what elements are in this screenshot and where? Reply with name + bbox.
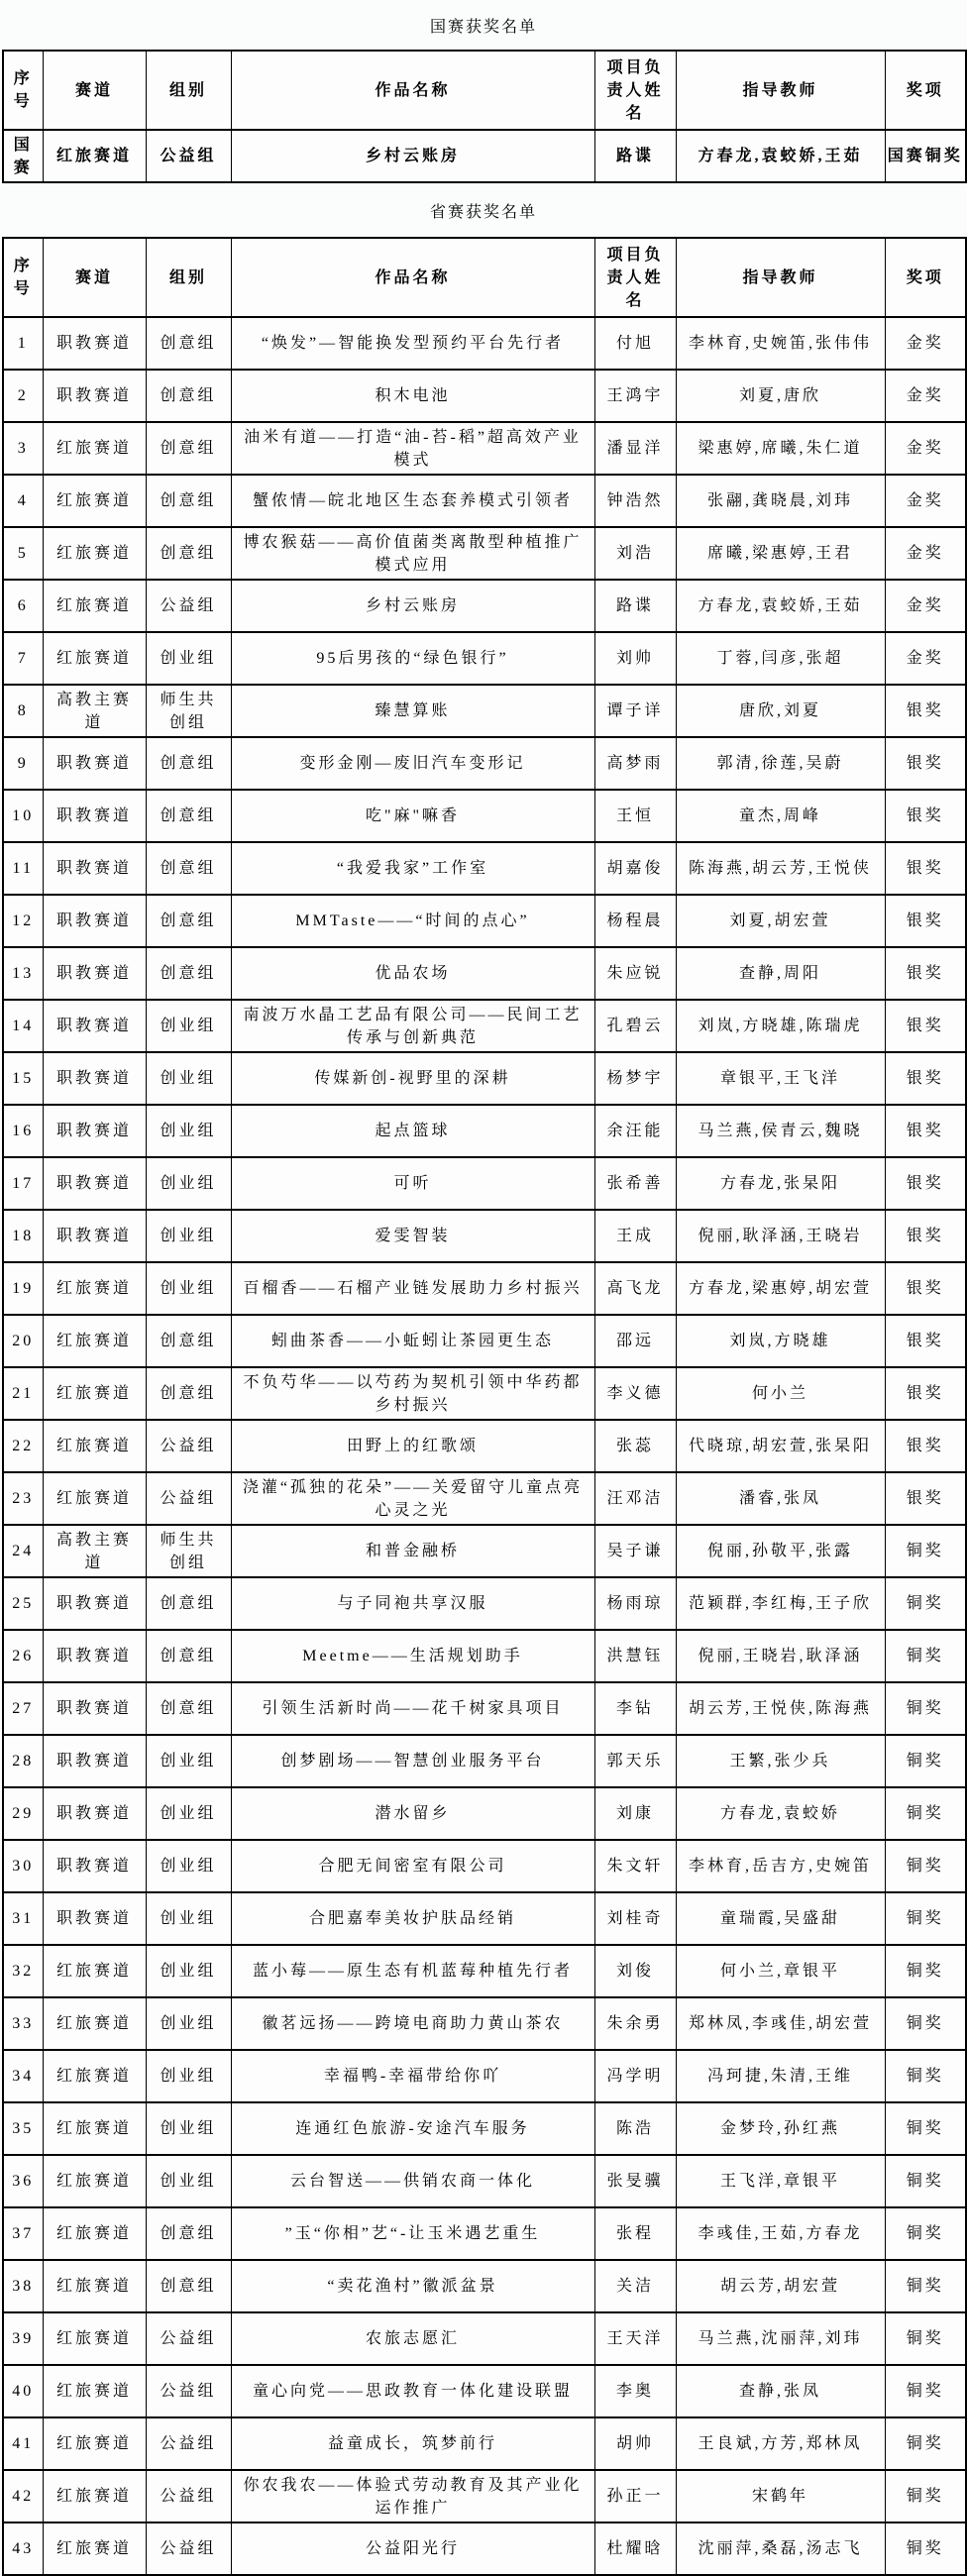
cell-award: 银奖 — [885, 1000, 966, 1052]
cell-track: 职教赛道 — [43, 1682, 146, 1735]
cell-work-title: 徽茗远扬——跨境电商助力黄山茶农 — [231, 1997, 594, 2050]
cell-index: 7 — [3, 632, 43, 685]
table-row: 39 红旅赛道 公益组 农旅志愿汇 王天洋 马兰燕,沈丽萍,刘玮 铜奖 — [3, 2312, 966, 2365]
cell-award: 银奖 — [885, 685, 966, 737]
table-row: 27 职教赛道 创意组 引领生活新时尚——花千树家具项目 李钻 胡云芳,王悦侠,… — [3, 1682, 966, 1735]
cell-index: 42 — [3, 2470, 43, 2522]
cell-advisors: 方春龙,张杲阳 — [676, 1157, 885, 1210]
table-row: 1 职教赛道 创意组 “焕发”—智能换发型预约平台先行者 付旭 李林育,史婉笛,… — [3, 317, 966, 370]
cell-award: 铜奖 — [885, 1525, 966, 1577]
cell-leader: 关洁 — [594, 2260, 676, 2312]
cell-leader: 汪邓洁 — [594, 1472, 676, 1525]
cell-leader: 王恒 — [594, 790, 676, 842]
table-row: 40 红旅赛道 公益组 童心向党——思政教育一体化建设联盟 李奥 查静,张凤 铜… — [3, 2365, 966, 2417]
cell-advisors: 方春龙,袁蛟娇,王茹 — [676, 130, 885, 182]
cell-leader: 邵远 — [594, 1315, 676, 1367]
cell-group: 创意组 — [146, 1682, 231, 1735]
cell-track: 红旅赛道 — [43, 2312, 146, 2365]
cell-track: 红旅赛道 — [43, 2155, 146, 2207]
cell-track: 红旅赛道 — [43, 1315, 146, 1367]
cell-work-title: Meetme——生活规划助手 — [231, 1630, 594, 1682]
cell-leader: 胡帅 — [594, 2417, 676, 2470]
cell-leader: 孙正一 — [594, 2470, 676, 2522]
cell-group: 创业组 — [146, 1945, 231, 1997]
cell-group: 创业组 — [146, 1840, 231, 1892]
provincial-table-body: 1 职教赛道 创意组 “焕发”—智能换发型预约平台先行者 付旭 李林育,史婉笛,… — [3, 317, 966, 2575]
cell-group: 创意组 — [146, 1577, 231, 1630]
cell-advisors: 刘岚,方晓雄 — [676, 1315, 885, 1367]
national-table-header: 序号 赛道 组别 作品名称 项目负责人姓名 指导教师 奖项 — [3, 51, 966, 130]
cell-award: 铜奖 — [885, 1840, 966, 1892]
cell-index: 33 — [3, 1997, 43, 2050]
cell-award: 铜奖 — [885, 1577, 966, 1630]
cell-work-title: 与子同袍共享汉服 — [231, 1577, 594, 1630]
cell-advisors: 宋鹤年 — [676, 2470, 885, 2522]
table-row: 32 红旅赛道 创业组 蓝小莓——原生态有机蓝莓种植先行者 刘俊 何小兰,章银平… — [3, 1945, 966, 1997]
cell-group: 创意组 — [146, 317, 231, 370]
col-header-award: 奖项 — [885, 238, 966, 317]
cell-leader: 李奥 — [594, 2365, 676, 2417]
cell-leader: 路谍 — [594, 130, 676, 182]
cell-leader: 冯学明 — [594, 2050, 676, 2102]
cell-advisors: 范颖群,李红梅,王子欣 — [676, 1577, 885, 1630]
cell-award: 银奖 — [885, 1315, 966, 1367]
cell-group: 创意组 — [146, 475, 231, 527]
col-header-leader: 项目负责人姓名 — [594, 51, 676, 130]
cell-advisors: 方春龙,梁惠婷,胡宏萱 — [676, 1262, 885, 1315]
cell-track: 职教赛道 — [43, 842, 146, 895]
cell-leader: 胡嘉俊 — [594, 842, 676, 895]
cell-group: 师生共创组 — [146, 685, 231, 737]
cell-index: 35 — [3, 2102, 43, 2155]
cell-leader: 王天洋 — [594, 2312, 676, 2365]
cell-leader: 谭子详 — [594, 685, 676, 737]
cell-track: 职教赛道 — [43, 317, 146, 370]
cell-group: 公益组 — [146, 1472, 231, 1525]
cell-track: 职教赛道 — [43, 895, 146, 947]
cell-award: 金奖 — [885, 580, 966, 632]
cell-group: 创意组 — [146, 947, 231, 1000]
cell-advisors: 童杰,周峰 — [676, 790, 885, 842]
cell-index: 10 — [3, 790, 43, 842]
cell-leader: 路谍 — [594, 580, 676, 632]
table-row: 21 红旅赛道 创意组 不负芍华——以芍药为契机引领中华药都乡村振兴 李义德 何… — [3, 1367, 966, 1420]
cell-award: 铜奖 — [885, 1630, 966, 1682]
table-row: 20 红旅赛道 创意组 蚓曲茶香——小蚯蚓让茶园更生态 邵远 刘岚,方晓雄 银奖 — [3, 1315, 966, 1367]
cell-award: 金奖 — [885, 317, 966, 370]
cell-index: 28 — [3, 1735, 43, 1787]
cell-work-title: 引领生活新时尚——花千树家具项目 — [231, 1682, 594, 1735]
cell-track: 红旅赛道 — [43, 1997, 146, 2050]
cell-index: 20 — [3, 1315, 43, 1367]
table-row: 12 职教赛道 创意组 MMTaste——“时间的点心” 杨程晨 刘夏,胡宏萱 … — [3, 895, 966, 947]
cell-advisors: 沈丽萍,桑磊,汤志飞 — [676, 2522, 885, 2575]
table-row: 29 职教赛道 创业组 潜水留乡 刘康 方春龙,袁蛟娇 铜奖 — [3, 1787, 966, 1840]
cell-index: 25 — [3, 1577, 43, 1630]
cell-leader: 张旻骥 — [594, 2155, 676, 2207]
cell-award: 铜奖 — [885, 2207, 966, 2260]
cell-award: 铜奖 — [885, 2470, 966, 2522]
table-row: 8 高教主赛道 师生共创组 臻慧算账 谭子详 唐欣,刘夏 银奖 — [3, 685, 966, 737]
cell-index: 39 — [3, 2312, 43, 2365]
cell-work-title: 童心向党——思政教育一体化建设联盟 — [231, 2365, 594, 2417]
table-row: 7 红旅赛道 创业组 95后男孩的“绿色银行” 刘帅 丁蓉,闫彦,张超 金奖 — [3, 632, 966, 685]
cell-work-title: 起点篮球 — [231, 1105, 594, 1157]
cell-track: 红旅赛道 — [43, 2522, 146, 2575]
cell-leader: 张蕊 — [594, 1420, 676, 1472]
cell-group: 创意组 — [146, 737, 231, 790]
cell-award: 铜奖 — [885, 2522, 966, 2575]
cell-work-title: 合肥无间密室有限公司 — [231, 1840, 594, 1892]
cell-index: 18 — [3, 1210, 43, 1262]
table-row: 国赛 红旅赛道 公益组 乡村云账房 路谍 方春龙,袁蛟娇,王茹 国赛铜奖 — [3, 130, 966, 182]
cell-group: 创意组 — [146, 370, 231, 422]
cell-work-title: 乡村云账房 — [231, 580, 594, 632]
cell-advisors: 倪丽,耿泽涵,王晓岩 — [676, 1210, 885, 1262]
cell-work-title: 云台智送——供销农商一体化 — [231, 2155, 594, 2207]
cell-index: 23 — [3, 1472, 43, 1525]
cell-leader: 王鸿宇 — [594, 370, 676, 422]
cell-index: 40 — [3, 2365, 43, 2417]
cell-work-title: “我爱我家”工作室 — [231, 842, 594, 895]
cell-award: 金奖 — [885, 370, 966, 422]
cell-group: 创业组 — [146, 1210, 231, 1262]
table-row: 3 红旅赛道 创意组 油米有道——打造“油-苔-稻”超高效产业模式 潘显洋 梁惠… — [3, 422, 966, 475]
cell-index: 13 — [3, 947, 43, 1000]
cell-work-title: 创梦剧场——智慧创业服务平台 — [231, 1735, 594, 1787]
table-row: 31 职教赛道 创业组 合肥嘉奉美妆护肤品经销 刘桂奇 童瑞霞,吴盛甜 铜奖 — [3, 1892, 966, 1945]
cell-advisors: 何小兰 — [676, 1367, 885, 1420]
cell-work-title: 潜水留乡 — [231, 1787, 594, 1840]
cell-track: 红旅赛道 — [43, 527, 146, 580]
cell-award: 银奖 — [885, 947, 966, 1000]
cell-work-title: 合肥嘉奉美妆护肤品经销 — [231, 1892, 594, 1945]
col-header-work: 作品名称 — [231, 238, 594, 317]
cell-leader: 杜耀晗 — [594, 2522, 676, 2575]
cell-index: 24 — [3, 1525, 43, 1577]
cell-track: 职教赛道 — [43, 1105, 146, 1157]
cell-award: 铜奖 — [885, 2365, 966, 2417]
cell-index: 27 — [3, 1682, 43, 1735]
cell-award: 铜奖 — [885, 1892, 966, 1945]
cell-advisors: 刘岚,方晓雄,陈瑞虎 — [676, 1000, 885, 1052]
table-row: 11 职教赛道 创意组 “我爱我家”工作室 胡嘉俊 陈海燕,胡云芳,王悦侠 银奖 — [3, 842, 966, 895]
cell-award: 银奖 — [885, 1420, 966, 1472]
cell-award: 银奖 — [885, 1472, 966, 1525]
cell-work-title: 吃"麻"嘛香 — [231, 790, 594, 842]
cell-group: 创意组 — [146, 1315, 231, 1367]
cell-work-title: 百榴香——石榴产业链发展助力乡村振兴 — [231, 1262, 594, 1315]
cell-work-title: 南波万水晶工艺品有限公司——民间工艺传承与创新典范 — [231, 1000, 594, 1052]
cell-work-title: 益童成长，筑梦前行 — [231, 2417, 594, 2470]
cell-advisors: 何小兰,章银平 — [676, 1945, 885, 1997]
cell-advisors: 马兰燕,沈丽萍,刘玮 — [676, 2312, 885, 2365]
cell-index: 5 — [3, 527, 43, 580]
col-header-index: 序号 — [3, 51, 43, 130]
table-row: 9 职教赛道 创意组 变形金刚—废旧汽车变形记 高梦雨 郭清,徐莲,吴蔚 银奖 — [3, 737, 966, 790]
cell-group: 创业组 — [146, 1892, 231, 1945]
table-row: 26 职教赛道 创意组 Meetme——生活规划助手 洪慧钰 倪丽,王晓岩,耿泽… — [3, 1630, 966, 1682]
cell-award: 铜奖 — [885, 1735, 966, 1787]
cell-track: 职教赛道 — [43, 1630, 146, 1682]
cell-work-title: “焕发”—智能换发型预约平台先行者 — [231, 317, 594, 370]
cell-group: 创意组 — [146, 842, 231, 895]
cell-leader: 高梦雨 — [594, 737, 676, 790]
cell-track: 职教赛道 — [43, 1052, 146, 1105]
col-header-advisors: 指导教师 — [676, 238, 885, 317]
cell-work-title: 臻慧算账 — [231, 685, 594, 737]
cell-index: 43 — [3, 2522, 43, 2575]
cell-group: 创业组 — [146, 1787, 231, 1840]
cell-index: 8 — [3, 685, 43, 737]
col-header-advisors: 指导教师 — [676, 51, 885, 130]
col-header-award: 奖项 — [885, 51, 966, 130]
table-row: 18 职教赛道 创业组 爱雯智装 王成 倪丽,耿泽涵,王晓岩 银奖 — [3, 1210, 966, 1262]
cell-group: 创意组 — [146, 1630, 231, 1682]
cell-leader: 刘康 — [594, 1787, 676, 1840]
cell-award: 银奖 — [885, 842, 966, 895]
cell-leader: 张希善 — [594, 1157, 676, 1210]
cell-award: 铜奖 — [885, 1997, 966, 2050]
cell-leader: 郭天乐 — [594, 1735, 676, 1787]
cell-leader: 李钻 — [594, 1682, 676, 1735]
cell-index: 国赛 — [3, 130, 43, 182]
cell-index: 3 — [3, 422, 43, 475]
cell-work-title: 和普金融桥 — [231, 1525, 594, 1577]
cell-advisors: 潘睿,张凤 — [676, 1472, 885, 1525]
cell-leader: 洪慧钰 — [594, 1630, 676, 1682]
cell-leader: 王成 — [594, 1210, 676, 1262]
cell-award: 银奖 — [885, 1262, 966, 1315]
cell-group: 师生共创组 — [146, 1525, 231, 1577]
cell-award: 铜奖 — [885, 2155, 966, 2207]
cell-leader: 朱余勇 — [594, 1997, 676, 2050]
cell-work-title: “卖花渔村”徽派盆景 — [231, 2260, 594, 2312]
cell-work-title: 连通红色旅游-安途汽车服务 — [231, 2102, 594, 2155]
cell-group: 创业组 — [146, 1735, 231, 1787]
cell-work-title: 传媒新创-视野里的深耕 — [231, 1052, 594, 1105]
cell-group: 公益组 — [146, 2522, 231, 2575]
cell-leader: 钟浩然 — [594, 475, 676, 527]
cell-advisors: 冯珂捷,朱清,王维 — [676, 2050, 885, 2102]
table-row: 13 职教赛道 创意组 优品农场 朱应锐 查静,周阳 银奖 — [3, 947, 966, 1000]
cell-award: 银奖 — [885, 1105, 966, 1157]
cell-index: 30 — [3, 1840, 43, 1892]
cell-track: 职教赛道 — [43, 1000, 146, 1052]
table-row: 41 红旅赛道 公益组 益童成长，筑梦前行 胡帅 王良斌,方芳,郑林凤 铜奖 — [3, 2417, 966, 2470]
cell-leader: 朱文轩 — [594, 1840, 676, 1892]
cell-advisors: 童瑞霞,吴盛甜 — [676, 1892, 885, 1945]
table-row: 22 红旅赛道 公益组 田野上的红歌颂 张蕊 代晓琼,胡宏萱,张杲阳 银奖 — [3, 1420, 966, 1472]
cell-leader: 杨雨琼 — [594, 1577, 676, 1630]
cell-track: 红旅赛道 — [43, 1945, 146, 1997]
cell-award: 银奖 — [885, 1052, 966, 1105]
cell-group: 公益组 — [146, 2470, 231, 2522]
cell-leader: 孔碧云 — [594, 1000, 676, 1052]
cell-group: 创业组 — [146, 1105, 231, 1157]
cell-award: 铜奖 — [885, 2417, 966, 2470]
cell-index: 9 — [3, 737, 43, 790]
cell-leader: 张程 — [594, 2207, 676, 2260]
cell-leader: 刘俊 — [594, 1945, 676, 1997]
table-row: 34 红旅赛道 创业组 幸福鸭-幸福带给你吖 冯学明 冯珂捷,朱清,王维 铜奖 — [3, 2050, 966, 2102]
cell-advisors: 查静,周阳 — [676, 947, 885, 1000]
cell-group: 公益组 — [146, 1420, 231, 1472]
cell-track: 职教赛道 — [43, 947, 146, 1000]
cell-group: 创业组 — [146, 1052, 231, 1105]
cell-work-title: MMTaste——“时间的点心” — [231, 895, 594, 947]
cell-track: 职教赛道 — [43, 790, 146, 842]
cell-work-title: 浇灌“孤独的花朵”——关爱留守儿童点亮心灵之光 — [231, 1472, 594, 1525]
cell-track: 职教赛道 — [43, 1210, 146, 1262]
cell-group: 创业组 — [146, 1262, 231, 1315]
cell-advisors: 章银平,王飞洋 — [676, 1052, 885, 1105]
cell-group: 创意组 — [146, 2260, 231, 2312]
cell-award: 金奖 — [885, 527, 966, 580]
cell-advisors: 李林育,史婉笛,张伟伟 — [676, 317, 885, 370]
table-row: 42 红旅赛道 公益组 你农我农——体验式劳动教育及其产业化运作推广 孙正一 宋… — [3, 2470, 966, 2522]
cell-leader: 余汪能 — [594, 1105, 676, 1157]
cell-group: 创业组 — [146, 2155, 231, 2207]
table-row: 4 红旅赛道 创意组 蟹侬情—皖北地区生态套养模式引领者 钟浩然 张翮,龚晓晨,… — [3, 475, 966, 527]
cell-index: 21 — [3, 1367, 43, 1420]
cell-leader: 刘桂奇 — [594, 1892, 676, 1945]
cell-track: 红旅赛道 — [43, 2207, 146, 2260]
cell-award: 银奖 — [885, 1210, 966, 1262]
cell-track: 红旅赛道 — [43, 632, 146, 685]
cell-track: 红旅赛道 — [43, 2417, 146, 2470]
cell-advisors: 李彧佳,王茹,方春龙 — [676, 2207, 885, 2260]
cell-advisors: 陈海燕,胡云芳,王悦侠 — [676, 842, 885, 895]
cell-index: 11 — [3, 842, 43, 895]
cell-index: 32 — [3, 1945, 43, 1997]
cell-leader: 吴子谦 — [594, 1525, 676, 1577]
header-row: 序号 赛道 组别 作品名称 项目负责人姓名 指导教师 奖项 — [3, 238, 966, 317]
cell-work-title: 蓝小莓——原生态有机蓝莓种植先行者 — [231, 1945, 594, 1997]
cell-index: 4 — [3, 475, 43, 527]
cell-group: 创意组 — [146, 2207, 231, 2260]
cell-award: 铜奖 — [885, 1682, 966, 1735]
table-row: 10 职教赛道 创意组 吃"麻"嘛香 王恒 童杰,周峰 银奖 — [3, 790, 966, 842]
cell-index: 12 — [3, 895, 43, 947]
cell-work-title: 不负芍华——以芍药为契机引领中华药都乡村振兴 — [231, 1367, 594, 1420]
cell-advisors: 方春龙,袁蛟娇,王茹 — [676, 580, 885, 632]
table-row: 36 红旅赛道 创业组 云台智送——供销农商一体化 张旻骥 王飞洋,章银平 铜奖 — [3, 2155, 966, 2207]
cell-track: 职教赛道 — [43, 1787, 146, 1840]
cell-work-title: 蚓曲茶香——小蚯蚓让茶园更生态 — [231, 1315, 594, 1367]
provincial-table-header: 序号 赛道 组别 作品名称 项目负责人姓名 指导教师 奖项 — [3, 238, 966, 317]
table-row: 16 职教赛道 创业组 起点篮球 余汪能 马兰燕,侯青云,魏晓 银奖 — [3, 1105, 966, 1157]
cell-award: 铜奖 — [885, 2312, 966, 2365]
cell-advisors: 张翮,龚晓晨,刘玮 — [676, 475, 885, 527]
cell-advisors: 胡云芳,王悦侠,陈海燕 — [676, 1682, 885, 1735]
cell-track: 红旅赛道 — [43, 2050, 146, 2102]
cell-group: 公益组 — [146, 2365, 231, 2417]
cell-leader: 朱应锐 — [594, 947, 676, 1000]
cell-award: 国赛铜奖 — [885, 130, 966, 182]
cell-group: 创业组 — [146, 1157, 231, 1210]
table-row: 43 红旅赛道 公益组 公益阳光行 杜耀晗 沈丽萍,桑磊,汤志飞 铜奖 — [3, 2522, 966, 2575]
col-header-group: 组别 — [146, 238, 231, 317]
cell-advisors: 倪丽,孙敬平,张露 — [676, 1525, 885, 1577]
cell-track: 红旅赛道 — [43, 1367, 146, 1420]
col-header-track: 赛道 — [43, 51, 146, 130]
cell-index: 34 — [3, 2050, 43, 2102]
cell-index: 17 — [3, 1157, 43, 1210]
cell-award: 金奖 — [885, 422, 966, 475]
provincial-awards-table: 序号 赛道 组别 作品名称 项目负责人姓名 指导教师 奖项 1 职教赛道 创意组… — [2, 237, 967, 2576]
cell-index: 26 — [3, 1630, 43, 1682]
cell-track: 红旅赛道 — [43, 2365, 146, 2417]
cell-advisors: 郭清,徐莲,吴蔚 — [676, 737, 885, 790]
cell-track: 红旅赛道 — [43, 2470, 146, 2522]
cell-work-title: 爱雯智装 — [231, 1210, 594, 1262]
table-row: 38 红旅赛道 创意组 “卖花渔村”徽派盆景 关洁 胡云芳,胡宏萱 铜奖 — [3, 2260, 966, 2312]
table-row: 35 红旅赛道 创业组 连通红色旅游-安途汽车服务 陈浩 金梦玲,孙红燕 铜奖 — [3, 2102, 966, 2155]
cell-award: 金奖 — [885, 475, 966, 527]
cell-work-title: 博农猴菇——高价值菌类离散型种植推广模式应用 — [231, 527, 594, 580]
cell-leader: 李义德 — [594, 1367, 676, 1420]
cell-leader: 刘浩 — [594, 527, 676, 580]
cell-track: 红旅赛道 — [43, 1472, 146, 1525]
col-header-work: 作品名称 — [231, 51, 594, 130]
cell-advisors: 王飞洋,章银平 — [676, 2155, 885, 2207]
national-awards-table: 序号 赛道 组别 作品名称 项目负责人姓名 指导教师 奖项 国赛 红旅赛道 公益… — [2, 50, 967, 183]
cell-leader: 刘帅 — [594, 632, 676, 685]
col-header-index: 序号 — [3, 238, 43, 317]
cell-track: 职教赛道 — [43, 1840, 146, 1892]
table-row: 24 高教主赛道 师生共创组 和普金融桥 吴子谦 倪丽,孙敬平,张露 铜奖 — [3, 1525, 966, 1577]
cell-index: 6 — [3, 580, 43, 632]
cell-group: 创业组 — [146, 2050, 231, 2102]
cell-award: 银奖 — [885, 1367, 966, 1420]
cell-work-title: 田野上的红歌颂 — [231, 1420, 594, 1472]
cell-index: 14 — [3, 1000, 43, 1052]
cell-work-title: 公益阳光行 — [231, 2522, 594, 2575]
cell-index: 19 — [3, 1262, 43, 1315]
cell-index: 15 — [3, 1052, 43, 1105]
cell-group: 公益组 — [146, 580, 231, 632]
cell-group: 创意组 — [146, 895, 231, 947]
cell-advisors: 王繁,张少兵 — [676, 1735, 885, 1787]
table-row: 5 红旅赛道 创意组 博农猴菇——高价值菌类离散型种植推广模式应用 刘浩 席曦,… — [3, 527, 966, 580]
cell-index: 16 — [3, 1105, 43, 1157]
cell-track: 红旅赛道 — [43, 422, 146, 475]
cell-track: 高教主赛道 — [43, 685, 146, 737]
table-row: 14 职教赛道 创业组 南波万水晶工艺品有限公司——民间工艺传承与创新典范 孔碧… — [3, 1000, 966, 1052]
cell-advisors: 马兰燕,侯青云,魏晓 — [676, 1105, 885, 1157]
cell-group: 公益组 — [146, 2312, 231, 2365]
cell-track: 职教赛道 — [43, 737, 146, 790]
national-list-title: 国赛获奖名单 — [0, 0, 967, 50]
header-row: 序号 赛道 组别 作品名称 项目负责人姓名 指导教师 奖项 — [3, 51, 966, 130]
table-row: 19 红旅赛道 创业组 百榴香——石榴产业链发展助力乡村振兴 高飞龙 方春龙,梁… — [3, 1262, 966, 1315]
cell-advisors: 方春龙,袁蛟娇 — [676, 1787, 885, 1840]
cell-work-title: 积木电池 — [231, 370, 594, 422]
cell-group: 创意组 — [146, 422, 231, 475]
cell-index: 2 — [3, 370, 43, 422]
cell-advisors: 唐欣,刘夏 — [676, 685, 885, 737]
table-row: 33 红旅赛道 创业组 徽茗远扬——跨境电商助力黄山茶农 朱余勇 郑林凤,李彧佳… — [3, 1997, 966, 2050]
cell-track: 红旅赛道 — [43, 475, 146, 527]
cell-work-title: 农旅志愿汇 — [231, 2312, 594, 2365]
cell-advisors: 丁蓉,闫彦,张超 — [676, 632, 885, 685]
cell-leader: 杨程晨 — [594, 895, 676, 947]
table-row: 25 职教赛道 创意组 与子同袍共享汉服 杨雨琼 范颖群,李红梅,王子欣 铜奖 — [3, 1577, 966, 1630]
cell-group: 创意组 — [146, 527, 231, 580]
cell-work-title: 可听 — [231, 1157, 594, 1210]
cell-advisors: 李林育,岳吉方,史婉笛 — [676, 1840, 885, 1892]
